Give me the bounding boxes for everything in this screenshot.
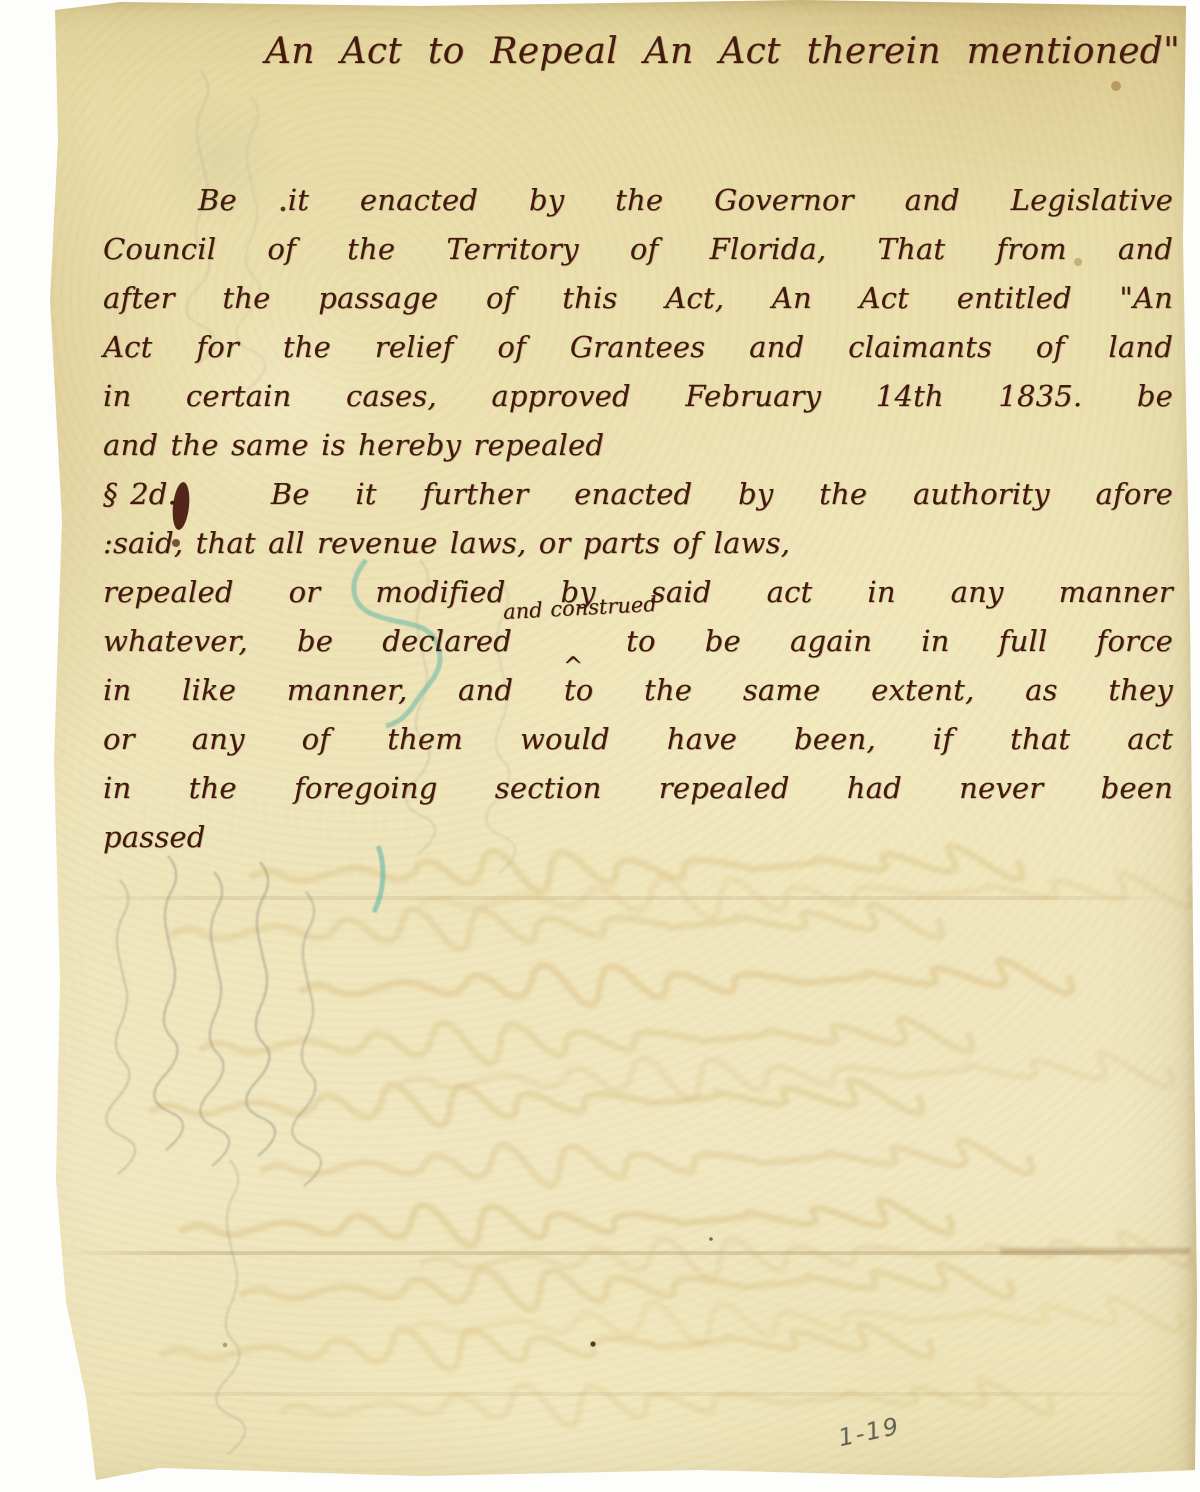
manuscript-line: :said, that all revenue laws, or parts o… [103, 519, 1173, 568]
manuscript-page: An Act to Repeal An Act therein mentione… [0, 0, 1200, 1492]
manuscript-body: Be it enacted by the Governor and Legisl… [103, 176, 1173, 862]
manuscript-line: in certain cases, approved February 14th… [103, 372, 1173, 421]
manuscript-line: after the passage of this Act, An Act en… [103, 274, 1173, 323]
scan-background: An Act to Repeal An Act therein mentione… [0, 0, 1200, 1492]
section-marker: § 2d. [103, 470, 177, 519]
manuscript-line: Council of the Territory of Florida, Tha… [103, 225, 1173, 274]
manuscript-line: Be it enacted by the Governor and Legisl… [103, 176, 1173, 225]
document-title: An Act to Repeal An Act therein mentione… [265, 26, 1180, 78]
pencil-page-number: 1-19 [836, 1412, 903, 1452]
manuscript-line-section2-start: § 2d. Be it further enacted by the autho… [103, 470, 1173, 519]
fold-crease [60, 1392, 1180, 1396]
manuscript-line-with-insertion: whatever, be declared and construed^ to … [103, 617, 1173, 666]
manuscript-line: in the foregoing section repealed had ne… [103, 764, 1173, 813]
fold-crease [1000, 1248, 1190, 1254]
fold-crease [60, 1251, 1180, 1255]
manuscript-line-text: to be again in full force [626, 624, 1173, 658]
manuscript-line-text: whatever, be declared [103, 624, 512, 658]
manuscript-line: Act for the relief of Grantees and claim… [103, 323, 1173, 372]
manuscript-line: in like manner, and to the same extent, … [103, 666, 1173, 715]
manuscript-line: passed [103, 813, 1173, 862]
manuscript-line-text: Be it further enacted by the authority a… [271, 477, 1173, 511]
ink-bleedthrough-ghost-writing [150, 846, 1192, 1425]
manuscript-line: or any of them would have been, if that … [103, 715, 1173, 764]
fold-crease [60, 896, 1180, 900]
insertion-caret-anchor: and construed^ [561, 643, 577, 651]
manuscript-line: and the same is hereby repealed [103, 421, 1173, 470]
